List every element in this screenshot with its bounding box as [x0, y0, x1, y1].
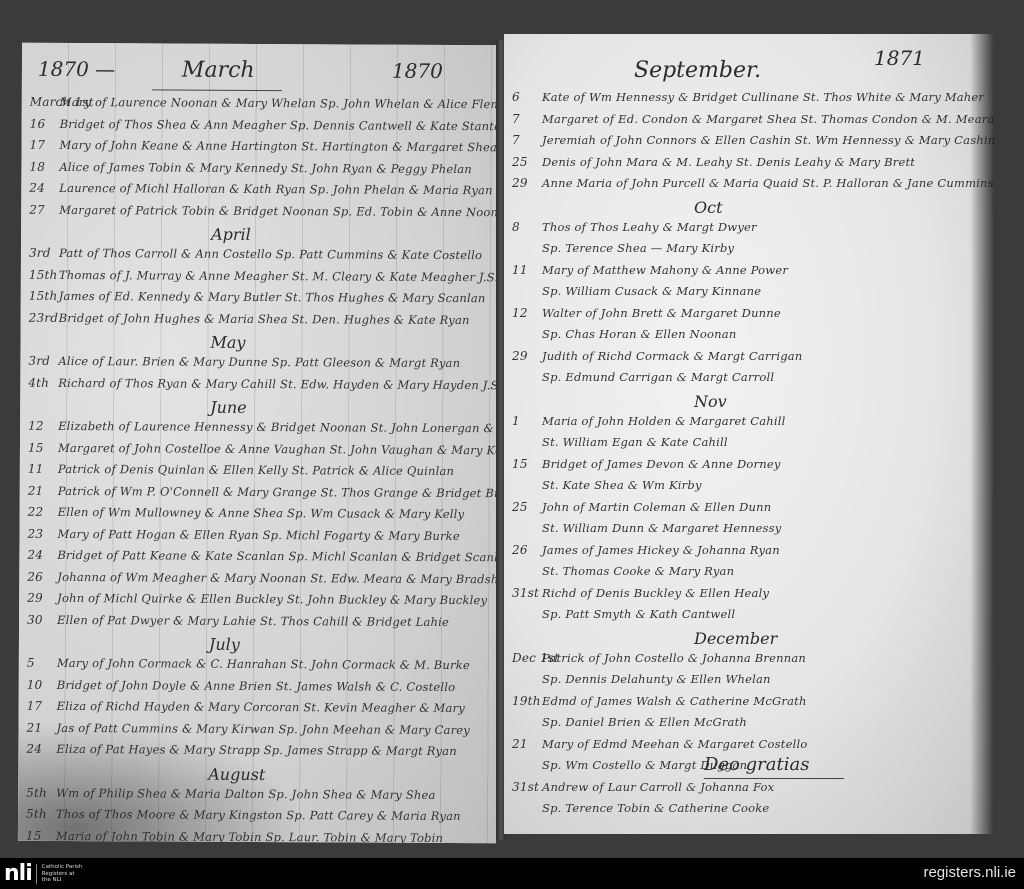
entry-day: 10 — [27, 677, 57, 691]
entry-day: 8 — [512, 220, 542, 234]
nli-logo-mark: nli — [4, 863, 32, 885]
entry-day: 16 — [30, 116, 60, 130]
entry-day: 11 — [512, 263, 542, 277]
entry-text: Sp. Terence Shea — Mary Kirby — [542, 241, 734, 255]
entry-text: Sp. Terence Tobin & Catherine Cooke — [542, 801, 769, 815]
entry-day: 25 — [512, 155, 542, 169]
entry-day: 5th — [26, 785, 56, 799]
register-entry: 24Laurence of Michl Halloran & Kath Ryan… — [29, 181, 492, 197]
entry-text: Bridget of John Doyle & Anne Brien St. J… — [57, 677, 456, 693]
entry-text: Jas of Patt Cummins & Mary Kirwan Sp. Jo… — [56, 720, 470, 736]
left-page: 1870 — March 1870 March 1stMary of Laure… — [18, 43, 500, 843]
entry-day: March 1st — [30, 95, 60, 109]
month-heading: June — [210, 398, 247, 417]
entry-day: 15th — [29, 267, 59, 281]
entry-text: Margaret of Patrick Tobin & Bridget Noon… — [59, 202, 500, 218]
entry-text: Eliza of Richd Hayden & Mary Corcoran St… — [57, 699, 465, 715]
register-entry: Sp. Patt Smyth & Kath Cantwell — [512, 607, 735, 621]
register-entry: 24Bridget of Patt Keane & Kate Scanlan S… — [27, 548, 500, 565]
register-entry: 7Jeremiah of John Connors & Ellen Cashin… — [512, 133, 994, 147]
entry-day: 23 — [27, 526, 57, 540]
register-entry: St. William Dunn & Margaret Hennessy — [512, 521, 781, 535]
register-entry: St. Thomas Cooke & Mary Ryan — [512, 564, 734, 578]
right-year: 1871 — [874, 46, 925, 70]
right-month-title: September. — [634, 58, 761, 83]
entry-text: Laurence of Michl Halloran & Kath Ryan S… — [59, 181, 492, 197]
register-entry: 15Bridget of James Devon & Anne Dorney — [512, 457, 781, 471]
entry-text: James of James Hickey & Johanna Ryan — [542, 543, 780, 557]
entry-text: Richd of Denis Buckley & Ellen Healy — [542, 586, 769, 600]
entry-text: Maria of John Holden & Margaret Cahill — [542, 414, 786, 428]
entry-text: Sp. Dennis Delahunty & Ellen Whelan — [542, 672, 771, 686]
entry-day: 19th — [512, 694, 542, 708]
entry-text: Mary of John Keane & Anne Hartington St.… — [60, 138, 498, 154]
entry-day: 5 — [27, 656, 57, 670]
entry-text: Bridget of Patt Keane & Kate Scanlan Sp.… — [57, 548, 500, 564]
register-entry: Sp. Edmund Carrigan & Margt Carroll — [512, 370, 774, 384]
entry-text: Sp. Patt Smyth & Kath Cantwell — [542, 607, 735, 621]
entry-text: Mary of John Cormack & C. Hanrahan St. J… — [57, 656, 470, 672]
logo-text: Catholic Parish Registers at the NLI — [42, 864, 83, 884]
entry-text: Richard of Thos Ryan & Mary Cahill St. E… — [58, 375, 500, 391]
month-heading: April — [211, 225, 251, 244]
entry-text: Jeremiah of John Connors & Ellen Cashin … — [542, 133, 994, 147]
register-entry: 24Eliza of Pat Hayes & Mary Strapp Sp. J… — [26, 742, 457, 758]
month-heading: August — [208, 764, 265, 783]
entry-text: Eliza of Pat Hayes & Mary Strapp Sp. Jam… — [56, 742, 457, 758]
entry-day: 7 — [512, 112, 542, 126]
entry-text: Margaret of Ed. Condon & Margaret Shea S… — [542, 112, 994, 126]
register-entry: Sp. Terence Shea — Mary Kirby — [512, 241, 734, 255]
register-entry: 3rdAlice of Laur. Brien & Mary Dunne Sp.… — [28, 354, 460, 370]
entry-text: Ellen of Pat Dwyer & Mary Lahie St. Thos… — [57, 612, 449, 628]
entry-day: 26 — [27, 569, 57, 583]
entry-text: Mary of Matthew Mahony & Anne Power — [542, 263, 788, 277]
register-entry: March 1stMary of Laurence Noonan & Mary … — [30, 95, 500, 112]
entry-day: 30 — [27, 612, 57, 626]
left-year: 1870 — — [38, 57, 115, 81]
entry-text: Thos of Thos Leahy & Margt Dwyer — [542, 220, 757, 234]
entry-day: Dec 1st — [512, 651, 542, 665]
register-entry: 3rdPatt of Thos Carroll & Ann Costello S… — [29, 246, 482, 262]
register-entry: 23rdBridget of John Hughes & Maria Shea … — [29, 310, 470, 326]
entry-day: 24 — [27, 548, 57, 562]
register-entry: 25Denis of John Mara & M. Leahy St. Deni… — [512, 155, 915, 169]
register-entry: 21Mary of Edmd Meehan & Margaret Costell… — [512, 737, 807, 751]
entry-text: Johanna of Wm Meagher & Mary Noonan St. … — [57, 569, 500, 585]
entry-day: 15 — [28, 440, 58, 454]
entry-text: Mary of Laurence Noonan & Mary Whelan Sp… — [60, 95, 500, 111]
register-entry: 21Jas of Patt Cummins & Mary Kirwan Sp. … — [26, 720, 470, 736]
entry-text: Patrick of Denis Quinlan & Ellen Kelly S… — [58, 462, 454, 478]
register-entry: Sp. William Cusack & Mary Kinnane — [512, 284, 761, 298]
entry-day: 31st — [512, 780, 542, 794]
entry-text: James of Ed. Kennedy & Mary Butler St. T… — [59, 289, 486, 305]
entry-day: 24 — [29, 181, 59, 195]
register-entry: 19thEdmd of James Walsh & Catherine McGr… — [512, 694, 807, 708]
entry-day: 21 — [26, 720, 56, 734]
entry-day: 1 — [512, 414, 542, 428]
entry-day: 18 — [29, 159, 59, 173]
entry-text: Sp. Edmund Carrigan & Margt Carroll — [542, 370, 774, 384]
logo-divider — [36, 864, 37, 884]
entry-text: Bridget of Thos Shea & Ann Meagher Sp. D… — [60, 116, 500, 132]
entry-text: St. Thomas Cooke & Mary Ryan — [542, 564, 734, 578]
register-entry: 11Patrick of Denis Quinlan & Ellen Kelly… — [28, 462, 454, 478]
register-entry: 26Johanna of Wm Meagher & Mary Noonan St… — [27, 569, 500, 586]
register-entry: 15Margaret of John Costelloe & Anne Vaug… — [28, 440, 500, 457]
register-entry: 5Mary of John Cormack & C. Hanrahan St. … — [27, 656, 470, 672]
entry-day: 21 — [512, 737, 542, 751]
entry-text: Walter of John Brett & Margaret Dunne — [542, 306, 781, 320]
entry-text: Thomas of J. Murray & Anne Meagher St. M… — [59, 267, 498, 283]
register-entry: 16Bridget of Thos Shea & Ann Meagher Sp.… — [30, 116, 500, 133]
register-entry: 30Ellen of Pat Dwyer & Mary Lahie St. Th… — [27, 612, 449, 628]
register-entry: 5thThos of Thos Moore & Mary Kingston Sp… — [26, 807, 461, 823]
entry-day: 15 — [512, 457, 542, 471]
entry-day: 7 — [512, 133, 542, 147]
register-entry: 5thWm of Philip Shea & Maria Dalton Sp. … — [26, 785, 436, 801]
entry-text: Patt of Thos Carroll & Ann Costello Sp. … — [59, 246, 482, 262]
entry-day: 4th — [28, 375, 58, 389]
entry-day: 26 — [512, 543, 542, 557]
closing-text: Deo gratias — [704, 754, 809, 775]
entry-text: John of Michl Quirke & Ellen Buckley St.… — [57, 591, 487, 607]
entry-day: 24 — [26, 742, 56, 756]
register-entry: St. Kate Shea & Wm Kirby — [512, 478, 702, 492]
entry-text: Bridget of James Devon & Anne Dorney — [542, 457, 781, 471]
entry-text: Alice of Laur. Brien & Mary Dunne Sp. Pa… — [58, 354, 460, 370]
register-entry: 11Mary of Matthew Mahony & Anne Power — [512, 263, 788, 277]
left-year-right: 1870 — [392, 59, 443, 83]
entry-text: Wm of Philip Shea & Maria Dalton Sp. Joh… — [56, 785, 436, 801]
register-entry: 4thRichard of Thos Ryan & Mary Cahill St… — [28, 375, 500, 391]
register-entry: 15Maria of John Tobin & Mary Tobin Sp. L… — [26, 828, 443, 843]
entry-text: Mary of Patt Hogan & Ellen Ryan Sp. Mich… — [57, 526, 459, 542]
register-entry: 1Maria of John Holden & Margaret Cahill — [512, 414, 786, 428]
register-entry: Sp. Daniel Brien & Ellen McGrath — [512, 715, 747, 729]
register-entry: Dec 1stPatrick of John Costello & Johann… — [512, 651, 806, 665]
entry-text: John of Martin Coleman & Ellen Dunn — [542, 500, 771, 514]
register-entry: 31stAndrew of Laur Carroll & Johanna Fox — [512, 780, 774, 794]
left-entries: March 1stMary of Laurence Noonan & Mary … — [22, 43, 500, 46]
entry-text: Ellen of Wm Mullowney & Anne Shea Sp. Wm… — [58, 505, 465, 521]
register-entry: 31stRichd of Denis Buckley & Ellen Healy — [512, 586, 769, 600]
entry-text: St. William Dunn & Margaret Hennessy — [542, 521, 781, 535]
entry-day: 6 — [512, 90, 542, 104]
entry-text: Thos of Thos Moore & Mary Kingston Sp. P… — [56, 807, 461, 823]
entry-day: 29 — [512, 176, 542, 190]
entry-day: 12 — [512, 306, 542, 320]
left-month-title: March — [182, 58, 255, 83]
month-heading: Nov — [694, 392, 727, 411]
site-link[interactable]: registers.nli.ie — [923, 864, 1016, 881]
entry-text: Sp. Daniel Brien & Ellen McGrath — [542, 715, 747, 729]
register-entry: 15thJames of Ed. Kennedy & Mary Butler S… — [29, 289, 486, 305]
register-entry: Sp. Chas Horan & Ellen Noonan — [512, 327, 736, 341]
register-entry: St. William Egan & Kate Cahill — [512, 435, 728, 449]
entry-day: 3rd — [29, 246, 59, 260]
month-heading: Oct — [694, 198, 723, 217]
register-entry: 27Margaret of Patrick Tobin & Bridget No… — [29, 202, 500, 219]
entry-day: 17 — [27, 699, 57, 713]
register-entry: 12Walter of John Brett & Margaret Dunne — [512, 306, 781, 320]
entry-text: St. Kate Shea & Wm Kirby — [542, 478, 702, 492]
entry-day: 29 — [27, 591, 57, 605]
entry-text: Judith of Richd Cormack & Margt Carrigan — [542, 349, 802, 363]
footer-bar: nli Catholic Parish Registers at the NLI… — [0, 858, 1024, 889]
month-heading: July — [209, 635, 240, 654]
entry-day: 12 — [28, 419, 58, 433]
register-entry: 25John of Martin Coleman & Ellen Dunn — [512, 500, 771, 514]
register-entry: 7Margaret of Ed. Condon & Margaret Shea … — [512, 112, 994, 126]
register-entry: Sp. Dennis Delahunty & Ellen Whelan — [512, 672, 771, 686]
entry-day: 22 — [28, 505, 58, 519]
entry-text: Mary of Edmd Meehan & Margaret Costello — [542, 737, 807, 751]
register-entry: 29Judith of Richd Cormack & Margt Carrig… — [512, 349, 802, 363]
register-entry: 6Kate of Wm Hennessy & Bridget Cullinane… — [512, 90, 984, 104]
entry-day: 21 — [28, 483, 58, 497]
entry-day: 29 — [512, 349, 542, 363]
entry-text: Maria of John Tobin & Mary Tobin Sp. Lau… — [56, 828, 443, 843]
entry-day: 15 — [26, 828, 56, 842]
entry-day: 15th — [29, 289, 59, 303]
entry-text: Edmd of James Walsh & Catherine McGrath — [542, 694, 807, 708]
entry-day: 25 — [512, 500, 542, 514]
register-entry: 18Alice of James Tobin & Mary Kennedy St… — [29, 159, 472, 175]
register-entry: 10Bridget of John Doyle & Anne Brien St.… — [27, 677, 456, 693]
register-entry: 17Mary of John Keane & Anne Hartington S… — [30, 138, 498, 154]
entry-text: Kate of Wm Hennessy & Bridget Cullinane … — [542, 90, 984, 104]
entry-day: 31st — [512, 586, 542, 600]
entry-text: Anne Maria of John Purcell & Maria Quaid… — [542, 176, 994, 190]
register-entry: 26James of James Hickey & Johanna Ryan — [512, 543, 780, 557]
entry-text: Bridget of John Hughes & Maria Shea St. … — [59, 310, 470, 326]
month-heading: December — [694, 629, 777, 648]
register-entry: Sp. Terence Tobin & Catherine Cooke — [512, 801, 769, 815]
register-entry: 8Thos of Thos Leahy & Margt Dwyer — [512, 220, 757, 234]
nli-logo[interactable]: nli Catholic Parish Registers at the NLI — [4, 863, 82, 885]
register-entry: 12Elizabeth of Laurence Hennessy & Bridg… — [28, 419, 500, 436]
register-entry: 17Eliza of Richd Hayden & Mary Corcoran … — [27, 699, 465, 715]
entry-day: 23rd — [29, 310, 59, 324]
entry-text: Patrick of Wm P. O'Connell & Mary Grange… — [58, 483, 500, 499]
right-page: September. 1871 6Kate of Wm Hennessy & B… — [504, 34, 994, 834]
entry-text: Andrew of Laur Carroll & Johanna Fox — [542, 780, 774, 794]
entry-text: Elizabeth of Laurence Hennessy & Bridget… — [58, 419, 500, 435]
entry-day: 11 — [28, 462, 58, 476]
register-entry: 15thThomas of J. Murray & Anne Meagher S… — [29, 267, 498, 283]
entry-day: 17 — [30, 138, 60, 152]
entry-text: Sp. Chas Horan & Ellen Noonan — [542, 327, 736, 341]
month-heading: May — [210, 333, 245, 352]
entry-day: 5th — [26, 807, 56, 821]
entry-text: St. William Egan & Kate Cahill — [542, 435, 728, 449]
register-entry: 22Ellen of Wm Mullowney & Anne Shea Sp. … — [28, 505, 465, 521]
entry-text: Denis of John Mara & M. Leahy St. Denis … — [542, 155, 915, 169]
register-entry: 29John of Michl Quirke & Ellen Buckley S… — [27, 591, 487, 607]
register-scan: 1870 — March 1870 March 1stMary of Laure… — [0, 0, 1024, 858]
entry-day: 3rd — [28, 354, 58, 368]
entry-text: Sp. William Cusack & Mary Kinnane — [542, 284, 761, 298]
register-entry: 23Mary of Patt Hogan & Ellen Ryan Sp. Mi… — [27, 526, 459, 542]
entry-text: Margaret of John Costelloe & Anne Vaugha… — [58, 440, 500, 457]
entry-day: 27 — [29, 202, 59, 216]
register-entry: 29Anne Maria of John Purcell & Maria Qua… — [512, 176, 994, 190]
entry-text: Alice of James Tobin & Mary Kennedy St. … — [59, 159, 472, 175]
entry-text: Patrick of John Costello & Johanna Brenn… — [542, 651, 806, 665]
register-entry: 21Patrick of Wm P. O'Connell & Mary Gran… — [28, 483, 500, 500]
